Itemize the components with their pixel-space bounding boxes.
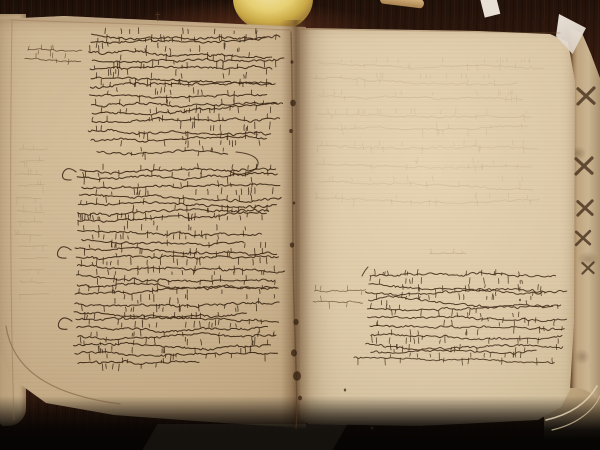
left-page	[0, 15, 306, 430]
right-page	[298, 22, 578, 432]
invocation-cross: †	[155, 10, 161, 23]
floor-streak	[142, 424, 347, 450]
book-gutter	[281, 20, 311, 432]
photo-of-open-manuscript: †	[0, 0, 600, 450]
